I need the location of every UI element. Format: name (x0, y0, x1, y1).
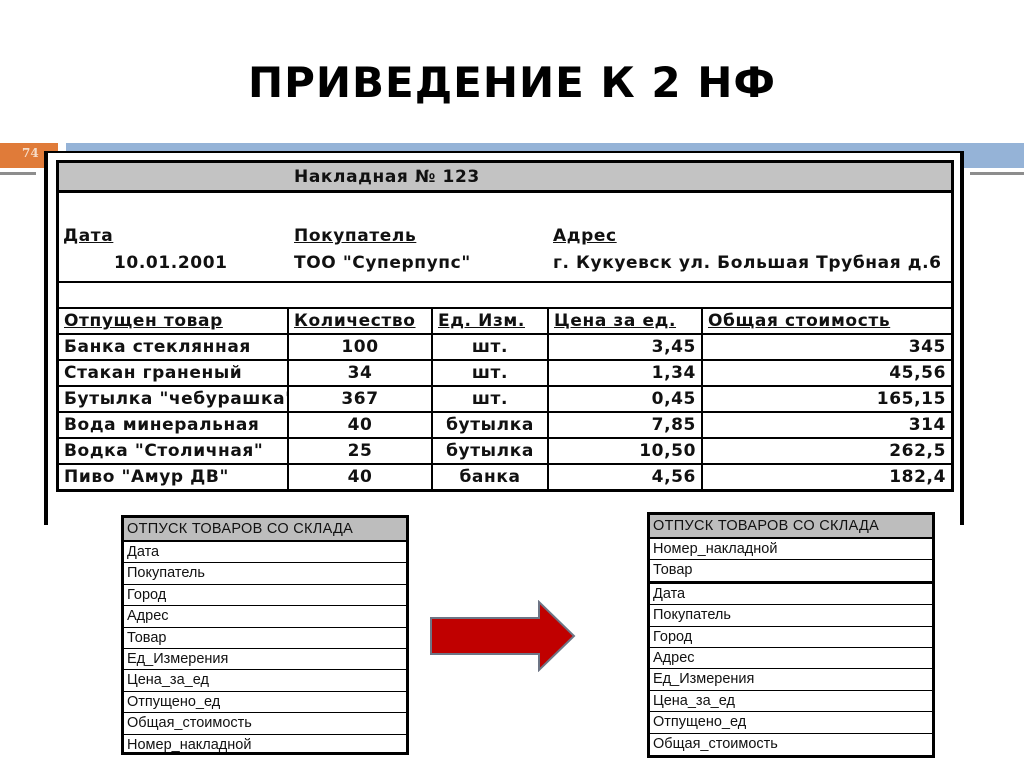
table-cell: 1,34 (548, 360, 702, 386)
table-cell: Стакан граненый (59, 360, 288, 386)
table-cell: 3,45 (548, 334, 702, 360)
entity-key-field: Товар (650, 560, 932, 583)
slide-title: ПРИВЕДЕНИЕ К 2 НФ (0, 58, 1024, 107)
table-cell: бутылка (432, 412, 548, 438)
entity-field: Дата (650, 584, 932, 605)
column-header: Цена за ед. (548, 309, 702, 334)
table-cell: шт. (432, 386, 548, 412)
entity-field: Адрес (650, 648, 932, 669)
table-cell: 40 (288, 412, 432, 438)
buyer-label: Покупатель (294, 226, 416, 246)
table-cell: шт. (432, 360, 548, 386)
table-cell: 100 (288, 334, 432, 360)
table-row: Банка стеклянная100шт.3,45345 (59, 334, 951, 360)
table-cell: 0,45 (548, 386, 702, 412)
entity-before: ОТПУСК ТОВАРОВ СО СКЛАДА ДатаПокупательГ… (121, 515, 409, 755)
table-cell: Пиво "Амур ДВ" (59, 464, 288, 489)
entity-field: Покупатель (124, 563, 406, 584)
column-header: Ед. Изм. (432, 309, 548, 334)
table-cell: 10,50 (548, 438, 702, 464)
column-header: Количество (288, 309, 432, 334)
entity-field: Город (124, 585, 406, 606)
date-label: Дата (63, 226, 113, 246)
invoice-items-table: Отпущен товарКоличествоЕд. Изм.Цена за е… (59, 309, 951, 489)
entity-field: Товар (124, 628, 406, 649)
table-row: Стакан граненый34шт.1,3445,56 (59, 360, 951, 386)
right-arrow-icon (429, 600, 577, 672)
table-cell: 7,85 (548, 412, 702, 438)
table-row: Водка "Столичная"25бутылка10,50262,5 (59, 438, 951, 464)
table-cell: шт. (432, 334, 548, 360)
table-cell: Банка стеклянная (59, 334, 288, 360)
table-row: Пиво "Амур ДВ"40банка4,56182,4 (59, 464, 951, 489)
table-cell: бутылка (432, 438, 548, 464)
decorative-underline (970, 172, 1024, 175)
table-cell: 25 (288, 438, 432, 464)
address-value: г. Кукуевск ул. Большая Трубная д.6 (553, 253, 942, 273)
entity-field: Общая_стоимость (124, 713, 406, 734)
table-cell: 367 (288, 386, 432, 412)
table-cell: 34 (288, 360, 432, 386)
entity-field: Ед_Измерения (124, 649, 406, 670)
entity-field: Отпущено_ед (650, 712, 932, 733)
table-header-row: Отпущен товарКоличествоЕд. Изм.Цена за е… (59, 309, 951, 334)
entity-field: Общая_стоимость (650, 734, 932, 754)
table-row: Бутылка "чебурашка"367шт.0,45165,15 (59, 386, 951, 412)
table-cell: 345 (702, 334, 951, 360)
entity-field: Цена_за_ед (124, 670, 406, 691)
table-cell: Вода минеральная (59, 412, 288, 438)
entity-title: ОТПУСК ТОВАРОВ СО СКЛАДА (124, 518, 406, 542)
entity-field: Ед_Измерения (650, 669, 932, 690)
column-header: Отпущен товар (59, 309, 288, 334)
table-cell: банка (432, 464, 548, 489)
table-cell: 40 (288, 464, 432, 489)
table-cell: Бутылка "чебурашка" (59, 386, 288, 412)
entity-field: Адрес (124, 606, 406, 627)
entity-field: Отпущено_ед (124, 692, 406, 713)
entity-field: Цена_за_ед (650, 691, 932, 712)
table-cell: 314 (702, 412, 951, 438)
table-cell: 45,56 (702, 360, 951, 386)
invoice-info: Дата 10.01.2001 Покупатель ТОО "Суперпуп… (59, 193, 951, 283)
entity-field: Покупатель (650, 605, 932, 626)
slide-number: 74 (22, 146, 39, 160)
table-cell: 165,15 (702, 386, 951, 412)
entity-field: Номер_накладной (124, 735, 406, 755)
entity-field: Город (650, 627, 932, 648)
invoice-header: Накладная № 123 (59, 163, 951, 193)
invoice-document: Накладная № 123 Дата 10.01.2001 Покупате… (56, 160, 954, 492)
entity-key-field: Номер_накладной (650, 539, 932, 560)
entity-title: ОТПУСК ТОВАРОВ СО СКЛАДА (650, 515, 932, 539)
table-cell: 4,56 (548, 464, 702, 489)
table-cell: Водка "Столичная" (59, 438, 288, 464)
entity-field: Дата (124, 542, 406, 563)
invoice-spacer (59, 283, 951, 309)
entity-after: ОТПУСК ТОВАРОВ СО СКЛАДА Номер_накладной… (647, 512, 935, 758)
table-cell: 182,4 (702, 464, 951, 489)
date-value: 10.01.2001 (114, 253, 228, 273)
decorative-underline (0, 172, 36, 175)
column-header: Общая стоимость (702, 309, 951, 334)
buyer-value: ТОО "Суперпупс" (294, 253, 471, 273)
address-label: Адрес (553, 226, 617, 246)
table-row: Вода минеральная40бутылка7,85314 (59, 412, 951, 438)
table-cell: 262,5 (702, 438, 951, 464)
